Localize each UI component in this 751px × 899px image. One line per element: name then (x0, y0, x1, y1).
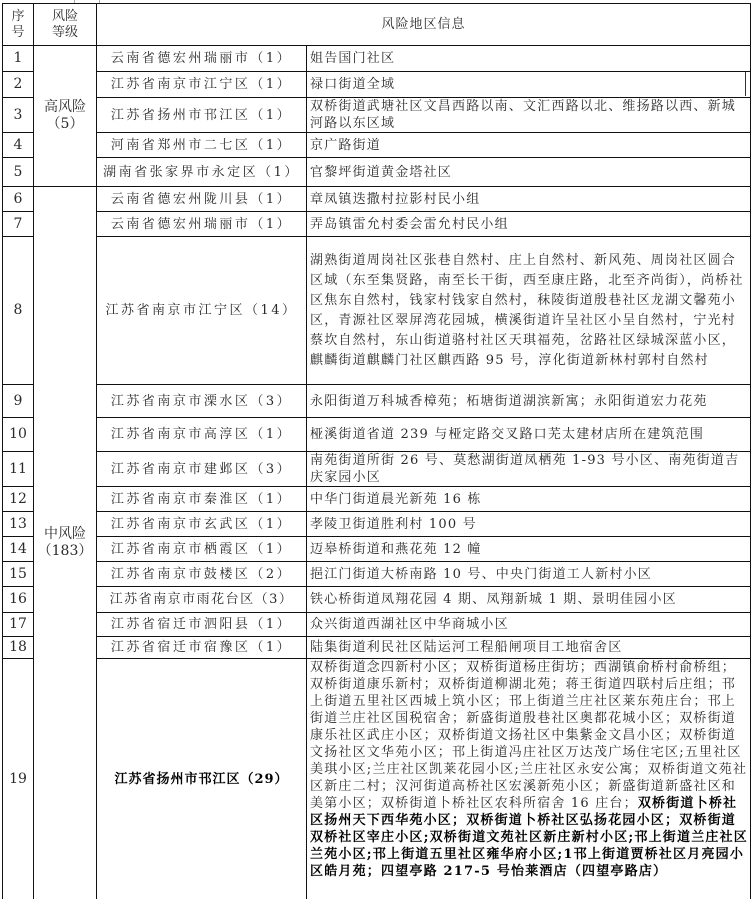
table-row: 4 河南省郑州市二七区（1） 京广路街道 (3, 133, 751, 158)
detail-cell: 孝陵卫街道胜利村 100 号 (307, 512, 751, 537)
detail-cell: 京广路街道 (307, 133, 751, 158)
row-number: 9 (3, 385, 34, 418)
table-row: 18 江苏省宿迁市宿豫区（1） 陆集街道利民社区陆运河工程船闸项目工地宿舍区 (3, 637, 751, 659)
table-row: 16 江苏省南京市雨花台区（3） 铁心桥街道凤翔花园 4 期、凤翔新城 1 期、… (3, 587, 751, 613)
detail-cell: 挹江门街道大桥南路 10 号、中央门街道工人新村小区 (307, 562, 751, 587)
row-number: 14 (3, 537, 34, 562)
region-cell: 河南省郑州市二七区（1） (97, 133, 307, 158)
row-number: 1 (3, 46, 34, 72)
region-cell: 江苏省南京市秦淮区（1） (97, 487, 307, 512)
row-number: 11 (3, 452, 34, 487)
detail-cell: 永阳街道万科城香樟苑；柘塘街道湖滨新寓；永阳街道宏力花苑 (307, 385, 751, 418)
table-row: 3 江苏省扬州市邗江区（1） 双桥街道武塘社区文昌西路以南、文汇西路以北、维扬路… (3, 98, 751, 133)
table-row: 10 江苏省南京市高淳区（1） 桠溪街道省道 239 与桠定路交叉路口芜太建材店… (3, 418, 751, 452)
region-cell: 江苏省宿迁市泗阳县（1） (97, 613, 307, 637)
table-row: 7 云南省德宏州瑞丽市（1） 弄岛镇雷允村委会雷允村民小组 (3, 212, 751, 237)
region-cell: 云南省德宏州陇川县（1） (97, 187, 307, 212)
header-seq: 序号 (3, 4, 34, 46)
region-cell: 江苏省南京市江宁区（1） (97, 72, 307, 98)
row-number: 15 (3, 562, 34, 587)
region-cell: 云南省德宏州瑞丽市（1） (97, 46, 307, 72)
risk-level-high: 高风险 （5） (34, 46, 97, 187)
header-level: 风险等级 (34, 4, 97, 46)
detail-cell: 铁心桥街道凤翔花园 4 期、凤翔新城 1 期、景明佳园小区 (307, 587, 751, 613)
region-cell: 湖南省张家界市永定区（1） (97, 158, 307, 187)
table-row: 19 江苏省扬州市邗江区（29） 双桥街道念四新村小区；双桥街道杨庄街坊；西湖镇… (3, 659, 751, 899)
detail-cell: 双桥街道武塘社区文昌西路以南、文汇西路以北、维扬路以西、新城河路以东区域 (307, 98, 751, 133)
table-row: 5 湖南省张家界市永定区（1） 官黎坪街道黄金塔社区 (3, 158, 751, 187)
table-row: 6 中风险 （183） 云南省德宏州陇川县（1） 章凤镇迭撒村拉影村民小组 (3, 187, 751, 212)
region-cell: 江苏省南京市溧水区（3） (97, 385, 307, 418)
region-cell: 江苏省南京市栖霞区（1） (97, 537, 307, 562)
row-number: 8 (3, 237, 34, 385)
detail-cell: 姐告国门社区 (307, 46, 751, 72)
row-number: 10 (3, 418, 34, 452)
region-cell: 江苏省南京市鼓楼区（2） (97, 562, 307, 587)
detail-cell: 禄口街道全域 (307, 72, 751, 98)
detail-cell: 南苑街道所街 26 号、莫愁湖街道凤栖苑 1-93 号小区、南苑街道吉庆家园小区 (307, 452, 751, 487)
detail-cell: 弄岛镇雷允村委会雷允村民小组 (307, 212, 751, 237)
table-row: 11 江苏省南京市建邺区（3） 南苑街道所街 26 号、莫愁湖街道凤栖苑 1-9… (3, 452, 751, 487)
region-cell: 云南省德宏州瑞丽市（1） (97, 212, 307, 237)
row-number: 7 (3, 212, 34, 237)
row-number: 19 (3, 659, 34, 899)
table-row: 17 江苏省宿迁市泗阳县（1） 众兴街道西湖社区中华商城小区 (3, 613, 751, 637)
detail-cell: 桠溪街道省道 239 与桠定路交叉路口芜太建材店所在建筑范围 (307, 418, 751, 452)
detail-cell: 章凤镇迭撒村拉影村民小组 (307, 187, 751, 212)
table-row: 1 高风险 （5） 云南省德宏州瑞丽市（1） 姐告国门社区 (3, 46, 751, 72)
region-cell: 江苏省宿迁市宿豫区（1） (97, 637, 307, 659)
region-cell: 江苏省南京市江宁区（14） (97, 237, 307, 385)
region-cell: 江苏省南京市建邺区（3） (97, 452, 307, 487)
row-number: 5 (3, 158, 34, 187)
detail-text: 双桥街道念四新村小区；双桥街道杨庄街坊；西湖镇俞桥村俞桥组；双桥街道康乐新村；双… (310, 660, 747, 811)
header-row: 序号 风险等级 风险地区信息 (3, 4, 751, 46)
risk-area-table: 序号 风险等级 风险地区信息 1 高风险 （5） 云南省德宏州瑞丽市（1） 姐告… (2, 3, 751, 899)
detail-cell: 陆集街道利民社区陆运河工程船闸项目工地宿舍区 (307, 637, 751, 659)
row-number: 2 (3, 72, 34, 98)
row-number: 3 (3, 98, 34, 133)
risk-level-medium: 中风险 （183） (34, 187, 97, 899)
risk-area-table-container: 序号 风险等级 风险地区信息 1 高风险 （5） 云南省德宏州瑞丽市（1） 姐告… (2, 3, 751, 899)
row-number: 17 (3, 613, 34, 637)
row-number: 13 (3, 512, 34, 537)
region-cell: 江苏省南京市雨花台区（3） (97, 587, 307, 613)
region-cell: 江苏省南京市高淳区（1） (97, 418, 307, 452)
detail-cell: 双桥街道念四新村小区；双桥街道杨庄街坊；西湖镇俞桥村俞桥组；双桥街道康乐新村；双… (307, 659, 751, 899)
detail-cell: 官黎坪街道黄金塔社区 (307, 158, 751, 187)
header-level-text: 风险等级 (50, 9, 80, 41)
detail-cell: 众兴街道西湖社区中华商城小区 (307, 613, 751, 637)
table-row: 15 江苏省南京市鼓楼区（2） 挹江门街道大桥南路 10 号、中央门街道工人新村… (3, 562, 751, 587)
risk-level-count: （5） (47, 116, 84, 133)
region-cell: 江苏省扬州市邗江区（1） (97, 98, 307, 133)
header-info: 风险地区信息 (97, 4, 751, 46)
risk-level-label: 高风险 (44, 99, 86, 116)
detail-cell: 中华门街道晨光新苑 16 栋 (307, 487, 751, 512)
risk-level-count: （183） (38, 543, 93, 560)
region-cell: 江苏省南京市玄武区（1） (97, 512, 307, 537)
table-row: 9 江苏省南京市溧水区（3） 永阳街道万科城香樟苑；柘塘街道湖滨新寓；永阳街道宏… (3, 385, 751, 418)
detail-cell: 迈皋桥街道和燕花苑 12 幢 (307, 537, 751, 562)
table-row: 8 江苏省南京市江宁区（14） 湖熟街道周岗社区张巷自然村、庄上自然村、新风苑、… (3, 237, 751, 385)
row-number: 18 (3, 637, 34, 659)
table-row: 2 江苏省南京市江宁区（1） 禄口街道全域 (3, 72, 751, 98)
region-cell: 江苏省扬州市邗江区（29） (97, 659, 307, 899)
row-number: 16 (3, 587, 34, 613)
row-number: 12 (3, 487, 34, 512)
risk-level-label: 中风险 (44, 526, 86, 543)
table-row: 12 江苏省南京市秦淮区（1） 中华门街道晨光新苑 16 栋 (3, 487, 751, 512)
table-row: 14 江苏省南京市栖霞区（1） 迈皋桥街道和燕花苑 12 幢 (3, 537, 751, 562)
detail-cell: 湖熟街道周岗社区张巷自然村、庄上自然村、新风苑、周岗社区圆合区域（东至集贤路，南… (307, 237, 751, 385)
row-number: 6 (3, 187, 34, 212)
table-row: 13 江苏省南京市玄武区（1） 孝陵卫街道胜利村 100 号 (3, 512, 751, 537)
row-number: 4 (3, 133, 34, 158)
